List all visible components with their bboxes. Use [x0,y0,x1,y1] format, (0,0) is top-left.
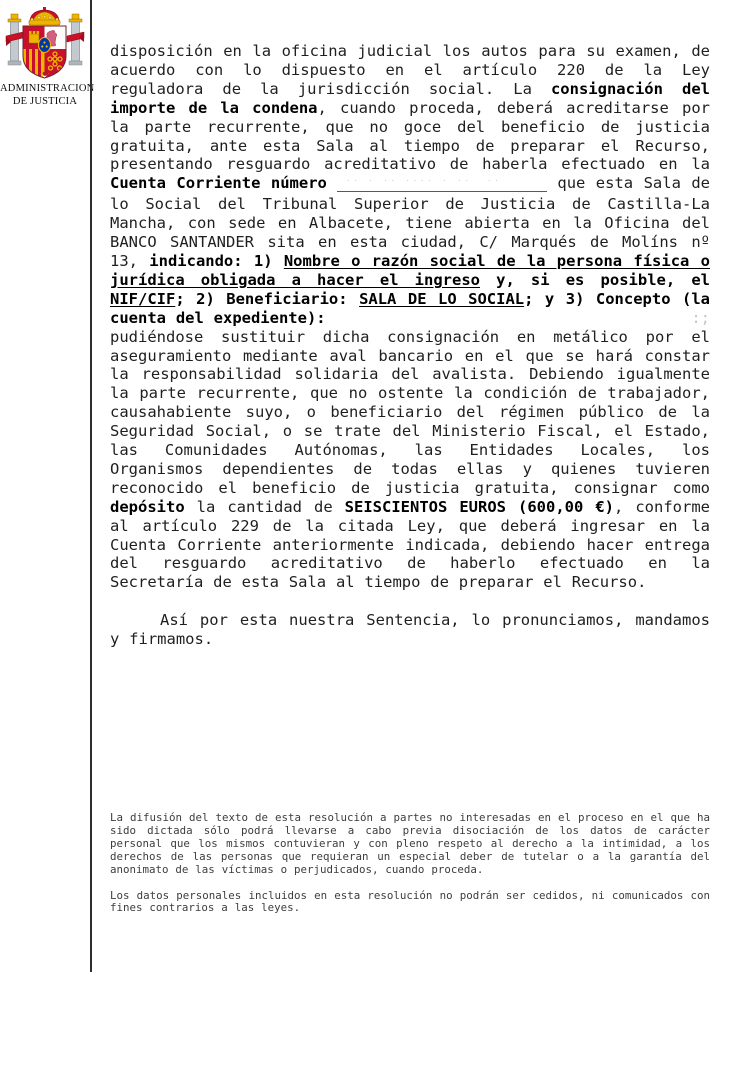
left-pillar [6,14,23,65]
text-segment: Cuenta Corriente número [110,174,337,192]
margin-divider-line [90,0,92,972]
text-segment: SEISCIENTOS EUROS (600,00 €) [345,498,614,516]
text-segment: depósito [110,498,185,516]
footer-privacy-notice: La difusión del texto de esta resolución… [110,812,710,877]
text-segment: y, si es posible, el [480,271,710,289]
text-segment: ; 2) Beneficiario: [175,290,359,308]
document-page: ADMINISTRACION DE JUSTICIA disposición e… [0,0,750,1066]
footer-data-protection-notice: Los datos personales incluidos en esta r… [110,890,710,916]
legal-footer: La difusión del texto de esta resolución… [110,812,710,928]
redacted-account-number: ˙˙ ˙ ˙˙ ˙˙˙˙ ˙ ˙˙ ˙˙ [337,178,547,192]
body-paragraph-deposito: pudiéndose sustituir dicha consignación … [110,328,710,593]
org-name-line2: DE JUSTICIA [0,96,90,108]
heraldic-shield [23,26,66,78]
org-name-line1: ADMINISTRACION [0,83,90,95]
closing-paragraph: Así por esta nuestra Sentencia, lo pronu… [110,611,710,649]
document-body: disposición en la oficina judicial los a… [110,42,710,649]
text-segment: SALA DE LO SOCIAL [359,290,524,308]
body-paragraph-consignacion: disposición en la oficina judicial los a… [110,42,710,328]
redacted-concept-remnant: :; [691,309,710,328]
text-segment: NIF/CIF [110,290,175,308]
text-segment: pudiéndose sustituir dicha consignación … [110,328,710,497]
right-pillar [67,14,84,65]
spain-coat-of-arms-icon [3,6,87,82]
text-segment: la cantidad de [185,498,345,516]
text-segment: indicando: 1) [149,252,284,270]
administration-of-justice-header: ADMINISTRACION DE JUSTICIA [0,6,90,108]
royal-crown [29,7,60,25]
